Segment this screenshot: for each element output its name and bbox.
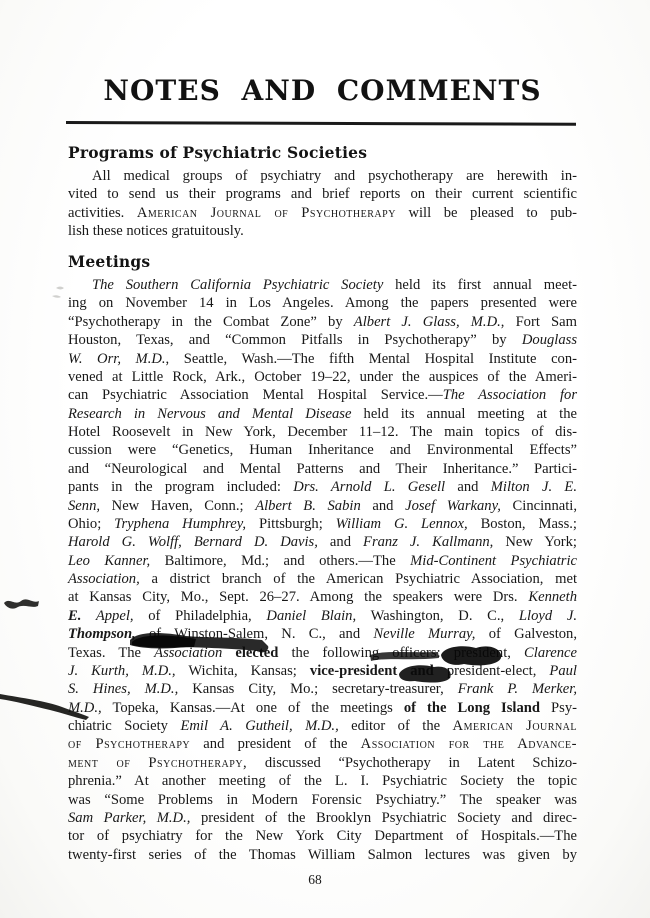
- text-segment: All medical groups of psychiatry and psy…: [92, 168, 577, 184]
- text-segment: of the Long Island: [404, 700, 540, 716]
- text-line: The Southern California Psychiatric Soci…: [68, 276, 577, 294]
- text-segment: Ohio;: [68, 516, 114, 532]
- text-line: tor of psychiatry for the New York City …: [68, 827, 577, 845]
- text-segment: discussed “Psychotherapy in Latent Schiz…: [247, 755, 577, 771]
- text-segment: New Haven, Conn.;: [100, 498, 255, 514]
- text-segment: Appel,: [81, 608, 133, 624]
- text-line: chiatric Society Emil A. Gutheil, M.D., …: [68, 717, 577, 735]
- text-segment: of Winston-Salem, N. C., and: [136, 626, 374, 642]
- text-segment: Washington, D. C.,: [356, 608, 519, 624]
- text-line: ing on November 14 in Los Angeles. Among…: [68, 294, 577, 312]
- text-segment: was “Some Problems in Modern Forensic Ps…: [68, 792, 577, 808]
- text-segment: Houston, Texas, and “Common Pitfalls in …: [68, 332, 522, 348]
- text-segment: Clarence: [524, 645, 577, 661]
- text-line: phrenia.” At another meeting of the L. I…: [68, 772, 577, 790]
- text-segment: Leo Kanner,: [68, 553, 150, 569]
- text-line: S. Hines, M.D., Kansas City, Mo.; secret…: [68, 680, 577, 698]
- text-segment: president of the Brooklyn Psychiatric So…: [190, 810, 577, 826]
- text-segment: Boston, Mass.;: [468, 516, 577, 532]
- text-line: and “Neurological and Mental Patterns an…: [68, 460, 577, 478]
- text-segment: twenty-first series of the Thomas Willia…: [68, 847, 577, 863]
- text-segment: Psy-: [540, 700, 577, 716]
- text-segment: Cincinnati,: [501, 498, 577, 514]
- text-segment: will be pleased to pub-: [396, 205, 577, 221]
- text-segment: W. Orr, M.D.: [68, 351, 166, 367]
- text-segment: Milton J. E.: [491, 479, 577, 495]
- page-title: NOTES AND COMMENTS: [68, 74, 577, 107]
- text-line: M.D., Topeka, Kansas.—At one of the meet…: [68, 699, 577, 717]
- text-segment: The Southern California Psychiatric Soci…: [92, 277, 383, 293]
- text-segment: chiatric Society: [68, 718, 180, 734]
- text-line: of Psychotherapy and president of the As…: [68, 735, 577, 753]
- text-line: twenty-first series of the Thomas Willia…: [68, 846, 577, 864]
- text-line: J. Kurth, M.D., Wichita, Kansas; vice-pr…: [68, 662, 577, 680]
- text-segment: held its annual meeting at the: [351, 406, 577, 422]
- text-segment: American Journal: [453, 718, 577, 734]
- paragraph-meetings: The Southern California Psychiatric Soci…: [68, 276, 577, 864]
- text-segment: Daniel Blain,: [266, 608, 356, 624]
- text-segment: Research in Nervous and Mental Disease: [68, 406, 351, 422]
- text-segment: ing on November 14 in Los Angeles. Among…: [68, 295, 577, 311]
- text-segment: activities.: [68, 205, 137, 221]
- text-line: Sam Parker, M.D., president of the Brook…: [68, 809, 577, 827]
- text-line: lish these notices gratuitously.: [68, 222, 577, 240]
- text-line: Harold G. Wolff, Bernard D. Davis, and F…: [68, 533, 577, 551]
- text-line: vened at Little Rock, Ark., October 19–2…: [68, 368, 577, 386]
- text-segment: Neville Murray,: [373, 626, 475, 642]
- text-line: was “Some Problems in Modern Forensic Ps…: [68, 791, 577, 809]
- text-segment: [222, 645, 235, 661]
- text-segment: New York;: [493, 534, 577, 550]
- text-segment: Kansas City, Mo.; secretary-treasurer,: [178, 681, 457, 697]
- text-segment: of Galveston,: [475, 626, 577, 642]
- text-segment: Topeka, Kansas.—At one of the meetings: [102, 700, 404, 716]
- text-segment: Wichita, Kansas;: [176, 663, 310, 679]
- text-segment: of Philadelphia,: [134, 608, 267, 624]
- text-segment: Association for the Advance-: [361, 736, 577, 752]
- text-segment: phrenia.” At another meeting of the L. I…: [68, 773, 577, 789]
- text-segment: of Psychotherapy: [68, 736, 190, 752]
- text-segment: Texas. The: [68, 645, 154, 661]
- text-segment: a district branch of the American Psychi…: [140, 571, 577, 587]
- text-segment: editor of the: [339, 718, 453, 734]
- text-line: Hotel Roosevelt in New York, December 11…: [68, 423, 577, 441]
- text-segment: J. Kurth, M.D.,: [68, 663, 176, 679]
- paragraph-programs: All medical groups of psychiatry and psy…: [68, 167, 577, 241]
- text-line: at Kansas City, Mo., Sept. 26–27. Among …: [68, 588, 577, 606]
- text-segment: E.: [68, 608, 81, 624]
- text-segment: Sam Parker, M.D.,: [68, 810, 190, 826]
- text-line: Ohio; Tryphena Humphrey, Pittsburgh; Wil…: [68, 515, 577, 533]
- margin-specks: [52, 287, 64, 298]
- title-rule: [66, 121, 576, 126]
- text-line: pants in the program included: Drs. Arno…: [68, 478, 577, 496]
- text-segment: vice-president and: [310, 663, 434, 679]
- text-segment: Senn,: [68, 498, 100, 514]
- text-segment: Association: [154, 645, 222, 661]
- text-segment: Pittsburgh;: [246, 516, 336, 532]
- text-line: Association, a district branch of the Am…: [68, 570, 577, 588]
- text-segment: and: [445, 479, 491, 495]
- text-segment: at Kansas City, Mo., Sept. 26–27. Among …: [68, 589, 528, 605]
- text-segment: Thompson,: [68, 626, 136, 642]
- text-segment: Tryphena Humphrey,: [114, 516, 246, 532]
- text-segment: Association,: [68, 571, 140, 587]
- text-segment: elected: [235, 645, 278, 661]
- text-segment: Drs. Arnold L. Gesell: [293, 479, 445, 495]
- text-segment: held its first annual meet-: [383, 277, 577, 293]
- page-number: 68: [0, 872, 640, 888]
- text-segment: Josef Warkany,: [405, 498, 501, 514]
- text-segment: Albert B. Sabin: [255, 498, 361, 514]
- text-line: Research in Nervous and Mental Disease h…: [68, 405, 577, 423]
- text-segment: pants in the program included:: [68, 479, 293, 495]
- text-line: All medical groups of psychiatry and psy…: [68, 167, 577, 185]
- text-segment: , Fort Sam: [501, 314, 577, 330]
- text-line: can Psychiatric Association Mental Hospi…: [68, 386, 577, 404]
- text-line: Houston, Texas, and “Common Pitfalls in …: [68, 331, 577, 349]
- text-line: Leo Kanner, Baltimore, Md.; and others.—…: [68, 552, 577, 570]
- text-segment: and president of the: [190, 736, 361, 752]
- text-line: Thompson, of Winston-Salem, N. C., and N…: [68, 625, 577, 643]
- text-segment: Mid-Continent Psychiatric: [410, 553, 577, 569]
- text-segment: and: [361, 498, 405, 514]
- text-segment: Kenneth: [528, 589, 577, 605]
- text-segment: cussion were “Genetics, Human Inheritanc…: [68, 442, 577, 458]
- text-segment: Lloyd J.: [519, 608, 577, 624]
- text-segment: Hotel Roosevelt in New York, December 11…: [68, 424, 577, 440]
- text-segment: Paul: [549, 663, 577, 679]
- text-line: W. Orr, M.D., Seattle, Wash.—The fifth M…: [68, 350, 577, 368]
- text-segment: The Association for: [443, 387, 577, 403]
- text-line: Texas. The Association elected the follo…: [68, 644, 577, 662]
- text-segment: and: [318, 534, 363, 550]
- text-line: ment of Psychotherapy, discussed “Psycho…: [68, 754, 577, 772]
- text-segment: , Seattle, Wash.—The fifth Mental Hospit…: [166, 351, 577, 367]
- text-segment: Albert J. Glass, M.D.: [354, 314, 501, 330]
- text-segment: Frank P. Merker,: [458, 681, 577, 697]
- section-heading-programs: Programs of Psychiatric Societies: [68, 143, 367, 162]
- text-segment: William G. Lennox,: [336, 516, 468, 532]
- text-segment: vited to send us their programs and brie…: [68, 186, 577, 202]
- text-segment: Emil A. Gutheil, M.D.,: [180, 718, 338, 734]
- text-line: vited to send us their programs and brie…: [68, 185, 577, 203]
- text-segment: president-elect,: [434, 663, 550, 679]
- text-segment: S. Hines, M.D.,: [68, 681, 178, 697]
- text-line: E. Appel, of Philadelphia, Daniel Blain,…: [68, 607, 577, 625]
- text-segment: Douglass: [522, 332, 577, 348]
- text-segment: M.D.,: [68, 700, 102, 716]
- text-segment: American Journal of Psychotherapy: [137, 205, 396, 221]
- text-segment: tor of psychiatry for the New York City …: [68, 828, 577, 844]
- text-segment: ment of Psychotherapy,: [68, 755, 247, 771]
- section-heading-meetings: Meetings: [68, 252, 150, 271]
- text-segment: can Psychiatric Association Mental Hospi…: [68, 387, 443, 403]
- text-line: activities. American Journal of Psychoth…: [68, 204, 577, 222]
- text-segment: Baltimore, Md.; and others.—The: [150, 553, 410, 569]
- text-segment: and “Neurological and Mental Patterns an…: [68, 461, 577, 477]
- text-segment: lish these notices gratuitously.: [68, 223, 244, 239]
- text-segment: Harold G. Wolff, Bernard D. Davis,: [68, 534, 318, 550]
- journal-page: NOTES AND COMMENTS Programs of Psychiatr…: [0, 0, 650, 918]
- text-segment: “Psychotherapy in the Combat Zone” by: [68, 314, 354, 330]
- text-line: Senn, New Haven, Conn.; Albert B. Sabin …: [68, 497, 577, 515]
- text-line: cussion were “Genetics, Human Inheritanc…: [68, 441, 577, 459]
- text-segment: the following officers: president,: [278, 645, 524, 661]
- text-segment: vened at Little Rock, Ark., October 19–2…: [68, 369, 577, 385]
- text-line: “Psychotherapy in the Combat Zone” by Al…: [68, 313, 577, 331]
- margin-scribble-mark: [4, 599, 39, 608]
- text-segment: Franz J. Kallmann,: [363, 534, 493, 550]
